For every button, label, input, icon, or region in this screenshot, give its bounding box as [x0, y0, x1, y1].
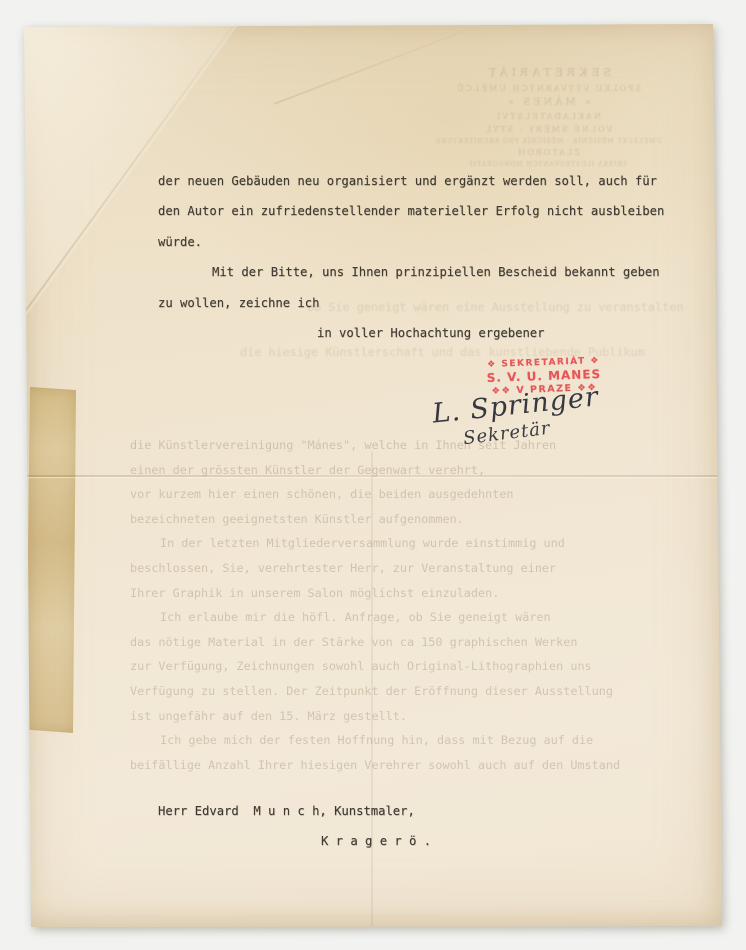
- paper-shadow-wrap: SEKRETARIÁTSPOLKU VÝTVARNÝCH UMĚLCŮ« MÁN…: [24, 24, 722, 927]
- letter-body-line: der neuen Gebäuden neu organisiert und e…: [158, 166, 698, 196]
- scanned-letter-view: SEKRETARIÁTSPOLKU VÝTVARNÝCH UMĚLCŮ« MÁN…: [0, 0, 746, 950]
- bleedthrough-text-line: Ihrer Graphik in unserem Salon möglichst…: [130, 581, 720, 606]
- bleedthrough-letterhead-line: SEKRETARIÁT: [392, 66, 704, 79]
- letter-paper: SEKRETARIÁTSPOLKU VÝTVARNÝCH UMĚLCŮ« MÁN…: [24, 24, 722, 927]
- recipient-name-line: Herr Edvard M u n c h, Kunstmaler,: [158, 796, 431, 826]
- bleedthrough-letterhead-line: SPOLKU VÝTVARNÝCH UMĚLCŮ: [392, 84, 704, 93]
- paper-fold-horizontal: [24, 475, 722, 477]
- recipient-address-block: Herr Edvard M u n c h, Kunstmaler, K r a…: [158, 796, 431, 856]
- bleedthrough-text-line: zur Verfügung, Zeichnungen sowohl auch O…: [130, 654, 720, 679]
- letter-body-line: würde.: [158, 227, 698, 257]
- bleedthrough-text-line: bezeichneten geeignetsten Künstler aufge…: [130, 507, 720, 532]
- bleedthrough-text-line: Ich erlaube mir die höfl. Anfrage, ob Si…: [130, 605, 720, 630]
- bleedthrough-text-line: Verfügung zu stellen. Der Zeitpunkt der …: [130, 679, 720, 704]
- recipient-city-line: K r a g e r ö .: [158, 826, 431, 856]
- bleedthrough-text-line: beifällige Anzahl Ihrer hiesigen Verehre…: [130, 753, 720, 778]
- letter-body-line: zu wollen, zeichne ich: [158, 288, 698, 318]
- bleedthrough-letterhead-line: ZLATOROH: [392, 148, 704, 157]
- letter-body-line: den Autor ein zufriedenstellender materi…: [158, 196, 698, 226]
- bleedthrough-letterhead-line: UMĚLECKÝ MĚSÍČNÍK · MĚSÍČNÍK PRO ARCHITE…: [392, 138, 704, 145]
- bleedthrough-text-line: das nötige Material in der Stärke von ca…: [130, 630, 720, 655]
- letter-body-line: in voller Hochachtung ergebener: [158, 318, 698, 348]
- letter-body-text: der neuen Gebäuden neu organisiert und e…: [158, 166, 698, 348]
- bleedthrough-text-line: die Künstlervereinigung "Mánes", welche …: [130, 433, 720, 458]
- bleedthrough-letterhead-line: VOLNÉ SMĚRY · STYL: [392, 125, 704, 134]
- tape-residue-strip: [26, 387, 76, 733]
- bleedthrough-text-line: einen der grössten Künstler der Gegenwar…: [130, 458, 720, 483]
- bleedthrough-text-line: ist ungefähr auf den 15. März gestellt.: [130, 704, 720, 729]
- bleedthrough-text-block: die Künstlervereinigung "Mánes", welche …: [130, 433, 720, 777]
- bleedthrough-letterhead: SEKRETARIÁTSPOLKU VÝTVARNÝCH UMĚLCŮ« MÁN…: [392, 66, 704, 171]
- bleedthrough-text-line: Ich gebe mich der festen Hoffnung hin, d…: [130, 728, 720, 753]
- bleedthrough-letterhead-line: NAKLADATELSTVÍ: [392, 112, 704, 121]
- letter-body-line: Mit der Bitte, uns Ihnen prinzipiellen B…: [158, 257, 698, 287]
- bleedthrough-text-line: In der letzten Mitgliederversammlung wur…: [130, 531, 720, 556]
- bleedthrough-letterhead-line: « MÁNES »: [392, 97, 704, 108]
- bleedthrough-text-line: vor kurzem hier einen schönen, die beide…: [130, 482, 720, 507]
- bleedthrough-text-line: beschlossen, Sie, verehrtester Herr, zur…: [130, 556, 720, 581]
